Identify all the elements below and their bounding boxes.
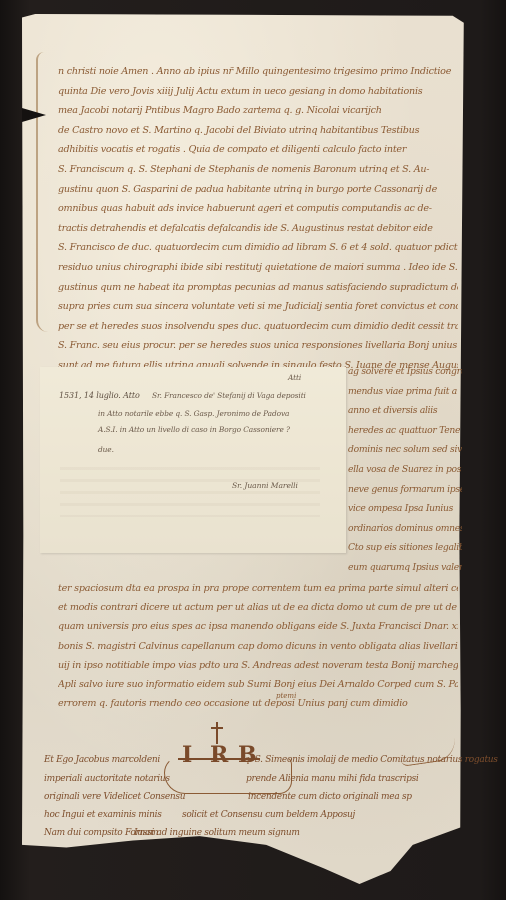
note-line: in Atto notarile ebbe q. S. Gasp. Jeroni…: [98, 409, 289, 418]
text-line: de Castro novo et S. Martino q. Jacobi d…: [58, 121, 458, 141]
text-line: adhibitis vocatis et rogatis . Quia de c…: [58, 140, 458, 160]
text-line: bonis S. magistri Calvinus capellanum ca…: [58, 637, 458, 656]
text-line: supra pries cum sua sincera voluntate ve…: [58, 297, 458, 317]
note-date: 1531, 14 luglio. Atto: [59, 391, 140, 400]
margin-bracket-flourish: [36, 52, 52, 332]
text-line: et modis contrari dicere ut actum per ut…: [58, 598, 458, 617]
subscription-line: hoc Ingui et examinis minis: [44, 810, 162, 820]
text-line: vice ompesa Ipsa Iunius: [348, 499, 462, 519]
text-line: ag solvere et Ipsius congru: [348, 362, 462, 382]
subscription-line: imperiali auctoritate notarius: [44, 774, 170, 784]
text-line: gustinus qum ne habeat ita promptas pecu…: [58, 278, 458, 298]
subscription-line: Et Ego Jacobus marcoldeni: [44, 755, 160, 765]
subscription-line: Iussi ad inguine solitum meum signum: [134, 828, 300, 838]
show-through-text: [60, 467, 320, 517]
text-line: n christi noie Amen . Anno ab ipius nr̃ …: [58, 62, 458, 82]
main-text-bottom: ter spaciosum dta ea prospa in pra prope…: [58, 579, 458, 713]
text-line: ter spaciosum dta ea prospa in pra prope…: [58, 579, 458, 598]
interlinear-note: ptemi: [276, 692, 296, 700]
subscription-line: incendente cum dicto originali mea sp: [248, 792, 412, 802]
text-line: ordinarios dominus omnes: [348, 519, 462, 539]
right-column-text: ag solvere et Ipsius congru mendus viae …: [348, 362, 462, 578]
text-line: S. Francisco de duc. quatuordecim cum di…: [58, 238, 458, 258]
text-line: gustinu quon S. Gasparini de padua habit…: [58, 180, 458, 200]
text-line: heredes ac quattuor Tene: [348, 421, 462, 441]
text-line: anno et diversis aliis: [348, 401, 462, 421]
text-line: Cto sup eis sitiones legalibus: [348, 538, 462, 558]
text-line: mendus viae prima fuit a: [348, 382, 462, 402]
subscription-line: originali vere Videlicet Consensu: [44, 792, 185, 802]
text-line: uij in ipso notitiable impo vias pdto ur…: [58, 656, 458, 675]
text-line: tractis detrahendis et defalcatis defalc…: [58, 219, 458, 239]
subscription-line: q. S. Simeonis imolaij de medio Comitatu…: [244, 755, 498, 765]
note-signature: Sr. Juanni Marelli: [232, 481, 298, 490]
text-line: errorem q. fautoris rnendo ceo occasione…: [58, 694, 458, 713]
text-line: S. Franc. seu eius procur. per se herede…: [58, 336, 458, 356]
notch-mark: [22, 108, 46, 122]
subscription-line: solicit et Consensu cum beldem Apposuj: [182, 810, 355, 820]
text-line: S. Franciscum q. S. Stephani de Stephani…: [58, 160, 458, 180]
text-line: quinta Die vero Jovis xiiij Julij Actu e…: [58, 82, 458, 102]
text-line: ella vosa de Suarez in pos: [348, 460, 462, 480]
subscription-line: prende Alienia manu mihi fida trascripsi: [246, 774, 419, 784]
note-line: A.S.I. in Atto un livello di caso in Bor…: [98, 425, 290, 434]
main-text-top: n christi noie Amen . Anno ab ipius nr̃ …: [58, 62, 458, 376]
cross-icon: [216, 722, 218, 744]
text-line: per se et heredes suos insolvendu spes d…: [58, 317, 458, 337]
note-line: due.: [98, 445, 114, 454]
text-line: dominis nec solum sed sive: [348, 440, 462, 460]
text-line: eum quarumq Ipsius valen: [348, 558, 462, 578]
text-line: omnibus quas habuit ads invice habuerunt…: [58, 199, 458, 219]
text-line: residuo unius chirographi ibide sibi res…: [58, 258, 458, 278]
text-line: neve genus formarum ipse: [348, 480, 462, 500]
note-annotation: Atti: [288, 373, 301, 382]
text-line: Apli salvo iure suo informatio eidem sub…: [58, 675, 458, 694]
text-line: mea Jacobi notarij Pntibus Magro Bado za…: [58, 101, 458, 121]
cross-bar: [211, 727, 223, 729]
pasted-paper-note: Atti 1531, 14 luglio. Atto Sr. Francesco…: [40, 367, 346, 553]
note-line: Sr. Francesco de' Stefanij di Vaga depos…: [152, 391, 306, 400]
text-line: quam universis pro eius spes ac ipsa man…: [58, 617, 458, 636]
